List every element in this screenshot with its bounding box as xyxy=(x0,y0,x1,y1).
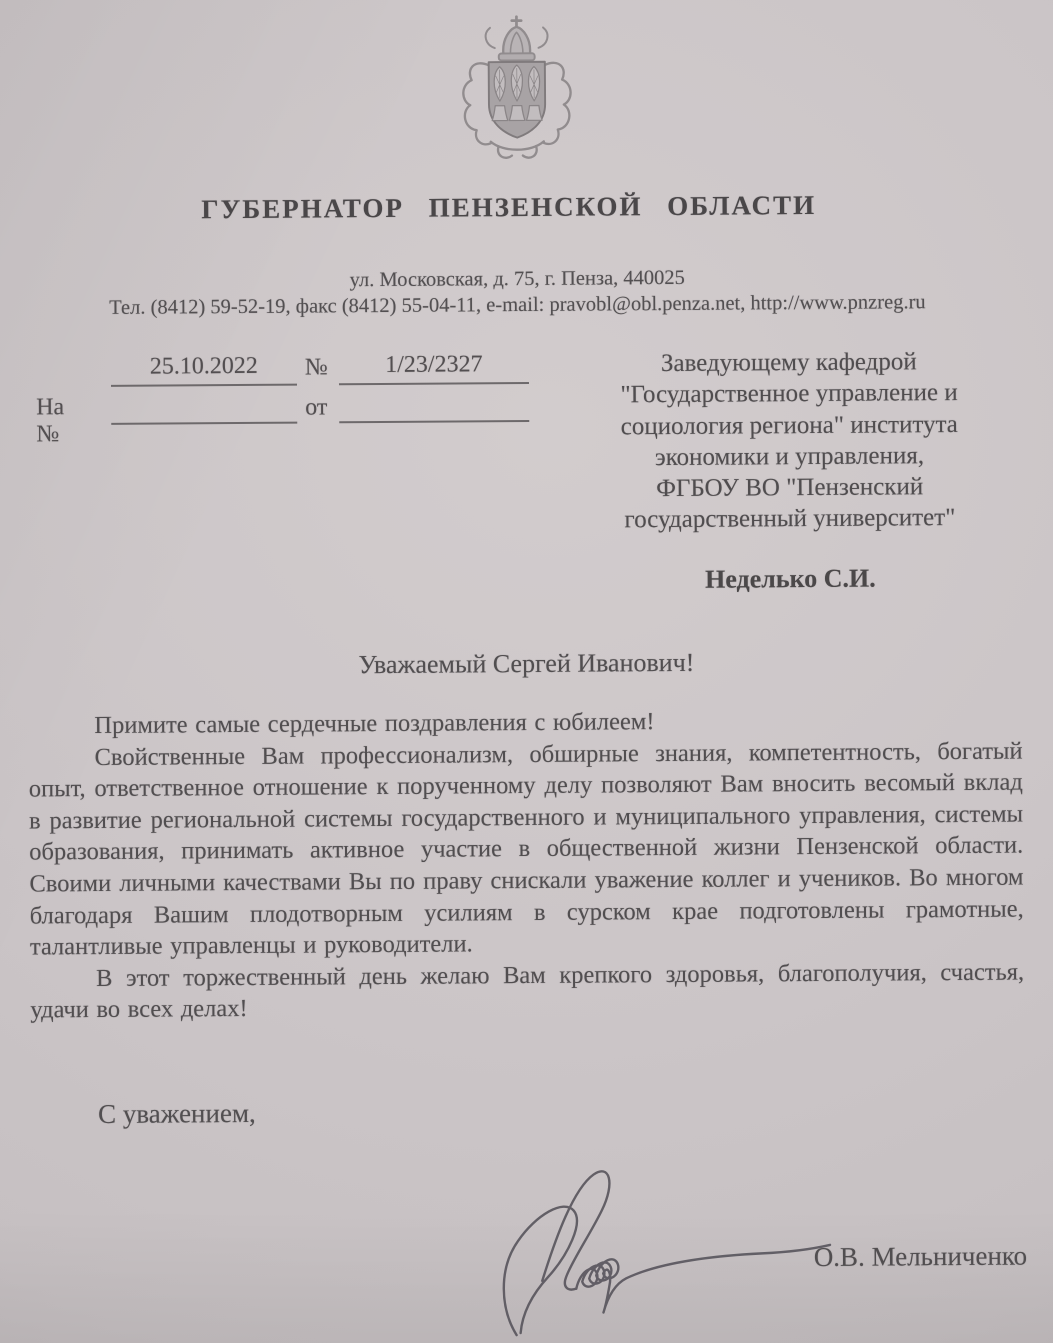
letter-photo: ГУБЕРНАТОР ПЕНЗЕНСКОЙ ОБЛАСТИ ул. Москов… xyxy=(0,0,1053,1343)
outgoing-date-value: 25.10.2022 xyxy=(150,353,258,380)
outgoing-number-value: 1/23/2327 xyxy=(385,351,483,378)
reply-from-label: от xyxy=(305,394,327,421)
reply-number-blank xyxy=(111,391,297,425)
handwritten-signature-icon xyxy=(495,1141,848,1341)
letterhead-contacts: ул. Московская, д. 75, г. Пенза, 440025 … xyxy=(0,262,1038,321)
org-name: ГУБЕРНАТОР ПЕНЗЕНСКОЙ ОБЛАСТИ xyxy=(0,189,1021,227)
body-paragraph: В этот торжественный день желаю Вам креп… xyxy=(30,956,1024,1026)
penza-coat-of-arms-icon xyxy=(453,12,580,169)
letter-body: Примите самые сердечные поздравления с ю… xyxy=(28,704,1024,1027)
letter-content: ГУБЕРНАТОР ПЕНЗЕНСКОЙ ОБЛАСТИ ул. Москов… xyxy=(0,0,1053,1343)
closing-phrase: С уважением, xyxy=(98,1098,256,1130)
outgoing-date-field: 25.10.2022 xyxy=(111,353,297,387)
recipient-line: Заведующему кафедрой xyxy=(558,346,1020,381)
recipient-line: "Государственное управление и xyxy=(558,377,1020,412)
recipient-line: социология региона" института xyxy=(558,408,1020,443)
outgoing-number-field: 1/23/2327 xyxy=(339,351,529,385)
recipient-line: экономики и управления, xyxy=(558,439,1020,474)
recipient-block: Заведующему кафедрой "Государственное уп… xyxy=(558,346,1021,537)
salutation: Уважаемый Сергей Иванович! xyxy=(0,645,1053,682)
number-sign-label: № xyxy=(305,354,328,381)
recipient-name: Неделько С.И. xyxy=(559,563,1021,596)
recipient-line: государственный университет" xyxy=(559,502,1021,537)
body-paragraph: Свойственные Вам профессионализм, обширн… xyxy=(28,735,1024,963)
reply-prefix-label: На № xyxy=(36,394,64,448)
recipient-line: ФГБОУ ВО "Пензенский xyxy=(559,471,1021,506)
reply-date-blank xyxy=(339,389,529,423)
signer-name: О.В. Мельниченко xyxy=(814,1241,1028,1273)
